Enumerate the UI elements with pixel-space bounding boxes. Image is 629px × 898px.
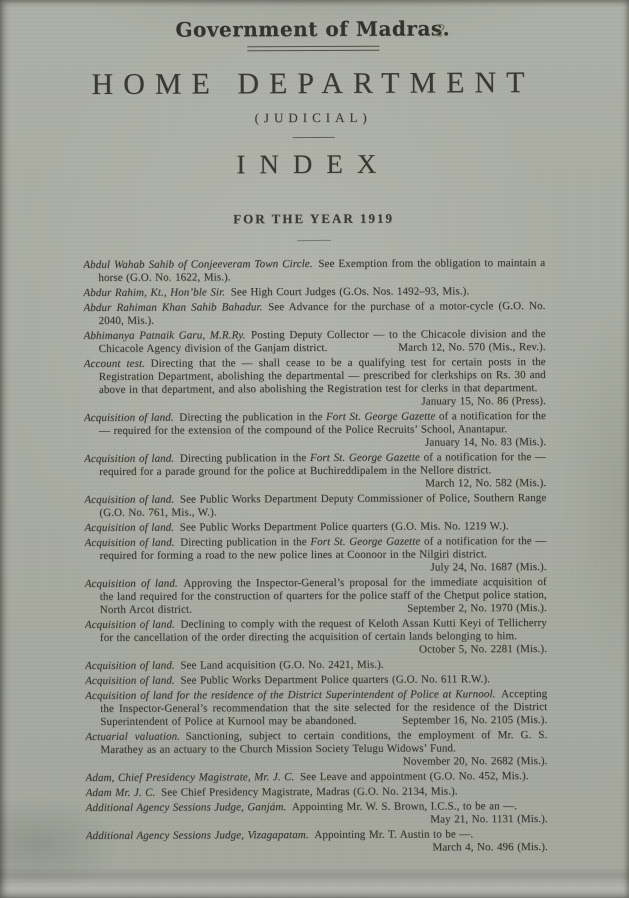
government-title: Government of Madras. <box>0 16 627 43</box>
entry-term: Account test. <box>84 358 145 370</box>
entry-dateline: May 21, No. 1131 (Mis.). <box>430 813 548 827</box>
entry-body: See Leave and appointment (G.O. No. 452,… <box>294 770 528 783</box>
entry-term: Acquisition of land for the residence of… <box>85 688 495 702</box>
entry-dateline: July 24, No. 1687 (Mis.). <box>430 561 546 575</box>
entry-term: Acquisition of land. <box>84 522 174 534</box>
index-entry: Actuarial valuation. Sanctioning, subjec… <box>85 729 547 770</box>
entry-term: Abdul Wahab Sahib of Conjeeveram Town Ci… <box>83 258 312 271</box>
entry-body: Appointing Mr. T. Austin to be —. <box>309 828 474 841</box>
entry-body: Appointing Mr. W. S. Brown, I.C.S., to b… <box>286 800 517 813</box>
entry-term: Actuarial valuation. <box>85 731 180 743</box>
scanned-page: Government of Madras. HOME DEPARTMENT (J… <box>0 0 629 898</box>
masthead: Government of Madras. HOME DEPARTMENT (J… <box>0 0 628 242</box>
year-divider-rule <box>297 240 331 241</box>
entry-body: See Public Works Department Police quart… <box>175 673 490 686</box>
entry-term: Acquisition of land. <box>85 675 175 687</box>
index-entry: Abdur Rahim, Kt., Hon’ble Sir. See High … <box>83 285 545 300</box>
index-entry: Account test. Directing that the — shall… <box>84 356 546 410</box>
index-entry: Acquisition of land. Directing the publi… <box>84 410 546 451</box>
entry-term: Acquisition of land. <box>84 412 174 424</box>
entries-list: Abdul Wahab Sahib of Conjeeveram Town Ci… <box>83 257 548 856</box>
entry-term: Acquisition of land. <box>85 578 178 590</box>
index-entry: Additional Agency Sessions Judge, Vizaga… <box>86 828 548 856</box>
divider-rule <box>292 137 334 138</box>
entry-dateline: October 5, No. 2281 (Mis.). <box>419 643 547 657</box>
entry-term: Additional Agency Sessions Judge, Vizaga… <box>86 829 309 842</box>
entry-dateline: January 15, No. 86 (Press). <box>421 395 546 409</box>
entry-term: Acquisition of land. <box>84 453 174 465</box>
index-entry: Acquisition of land. See Land acquisitio… <box>85 658 547 673</box>
entry-dateline: September 2, No. 1970 (Mis.). <box>407 602 547 616</box>
double-rule <box>247 46 379 52</box>
page-content: Government of Madras. HOME DEPARTMENT (J… <box>0 0 629 856</box>
entry-dateline: March 12, No. 570 (Mis., Rev.). <box>398 341 546 355</box>
entry-term: Acquisition of land. <box>84 537 174 549</box>
entry-term: Acquisition of land. <box>84 494 174 506</box>
index-entry: Acquisition of land. See Public Works De… <box>85 673 547 688</box>
entry-dateline: March 4, No. 496 (Mis.). <box>432 841 547 855</box>
entry-term: Adam, Chief Presidency Magistrate, Mr. J… <box>86 771 295 784</box>
index-entry: Acquisition of land for the residence of… <box>85 688 547 729</box>
entry-dateline: March 12, No. 582 (Mis.). <box>425 477 546 491</box>
entry-body: See Land acquisition (G.O. No. 2421, Mis… <box>175 659 384 672</box>
entry-term: Additional Agency Sessions Judge, Ganjám… <box>86 801 287 814</box>
index-entry: Acquisition of land. See Public Works De… <box>84 520 546 535</box>
department-title: HOME DEPARTMENT <box>0 66 628 103</box>
entry-body: See High Court Judges (G.Os. Nos. 1492–9… <box>225 285 469 298</box>
entry-dateline: January 14, No. 83 (Mis.). <box>425 436 546 450</box>
index-title: INDEX <box>0 148 628 182</box>
index-entry: Adam Mr. J. C. See Chief Presidency Magi… <box>86 785 548 800</box>
index-entry: Acquisition of land. Directing publicati… <box>84 451 546 492</box>
entry-dateline: November 20, No. 2682 (Mis.). <box>403 755 548 769</box>
index-entry: Acquisition of land. See Public Works De… <box>84 492 546 520</box>
index-entry: Additional Agency Sessions Judge, Ganjám… <box>86 800 548 828</box>
entry-term: Abdur Rahim, Kt., Hon’ble Sir. <box>83 286 225 299</box>
index-entry: Acquisition of land. Approving the Inspe… <box>85 576 547 617</box>
entry-dateline: September 16, No. 2105 (Mis.). <box>402 714 547 728</box>
entry-term: Acquisition of land. <box>85 619 175 631</box>
index-entry: Abdul Wahab Sahib of Conjeeveram Town Ci… <box>83 257 545 285</box>
index-entry: Acquisition of land. Directing publicati… <box>84 535 546 576</box>
entry-term: Adam Mr. J. C. <box>86 787 156 799</box>
index-entry: Adam, Chief Presidency Magistrate, Mr. J… <box>86 770 548 785</box>
entry-term: Acquisition of land. <box>85 660 175 672</box>
index-entry: Abhimanya Patnaik Garu, M.R.Ry. Posting … <box>84 328 546 356</box>
entry-term: Abhimanya Patnaik Garu, M.R.Ry. <box>84 329 246 342</box>
entry-body: See Public Works Department Police quart… <box>174 520 508 533</box>
year-title: FOR THE YEAR 1919 <box>0 210 628 229</box>
index-entry: Abdur Rahiman Khan Sahib Bahadur. See Ad… <box>83 300 545 328</box>
sub-department-title: (JUDICIAL) <box>0 109 628 128</box>
entry-body: See Chief Presidency Magistrate, Madras … <box>155 785 457 798</box>
entry-term: Abdur Rahiman Khan Sahib Bahadur. <box>83 301 262 314</box>
entry-body: Directing that the — shall cease to be a… <box>99 356 546 396</box>
index-entry: Acquisition of land. Declining to comply… <box>85 617 547 658</box>
